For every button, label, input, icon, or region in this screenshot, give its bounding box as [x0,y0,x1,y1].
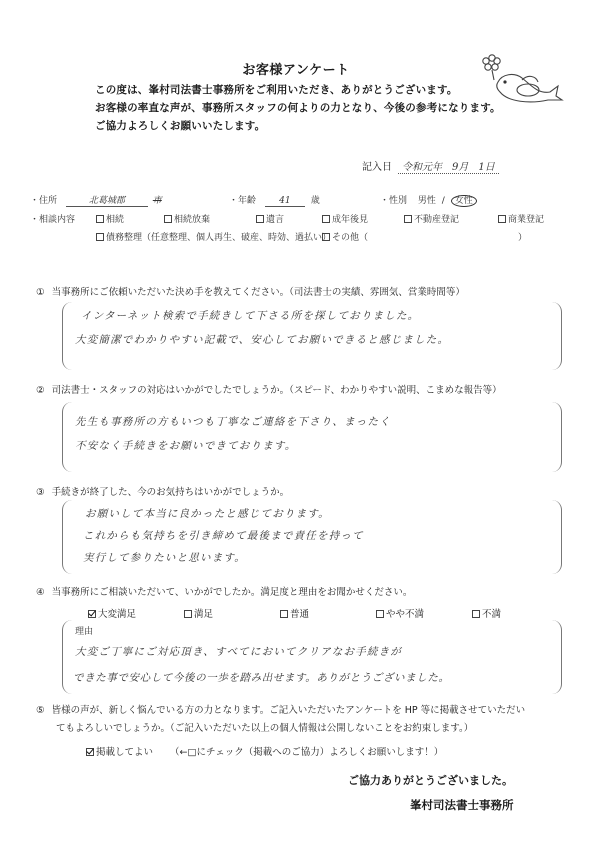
office-name: 峯村司法書士事務所 [410,797,514,813]
answer-line: できた事で安心して今後の一歩を踏み出せます。ありがとうございました。 [73,670,450,685]
satisfaction-somewhat-dissatisfied[interactable]: やや不満 [376,606,472,620]
intro-line-2: お客様の率直な声が、事務所スタッフの何よりの力となり、今後の参考になります。 [95,100,501,115]
satisfaction-very-satisfied[interactable]: 大変満足 [88,606,184,620]
question-4: ④ 当事務所にご相談いただいて、いかがでしたか。満足度と理由をお聞かせください。 [36,584,412,598]
satisfaction-dissatisfied[interactable]: 不満 [472,606,568,620]
address-field-group: ・住所 北葛城郡 市 [30,193,162,207]
gender-separator: / [442,196,445,206]
consultation-option-other[interactable]: その他（） [322,230,527,243]
entry-date-field[interactable]: 令和元年 9月 1日 [398,158,499,174]
entry-date-day: 1日 [478,158,494,173]
age-suffix: 歳 [311,196,320,206]
answer-line: 大変ご丁寧にご対応頂き、すべてにおいてクリアなお手続きが [75,644,402,659]
question-5-line-2: てもよろしいでしょうか。（ご記入いただいた以上の個人情報は公開しないことをお約束… [56,720,473,734]
checkbox-icon[interactable] [472,610,480,618]
consultation-option-renunciation[interactable]: 相続放棄 [164,212,210,225]
checkbox-icon[interactable] [498,215,506,223]
consultation-label: ・相談内容 [30,212,75,225]
question-number: ② [36,385,45,396]
entry-date-month: 9月 [452,158,468,173]
answer-line: これからも気持ちを引き締めて最後まで責任を持って [83,528,364,543]
question-text: 司法書士・スタッフの対応はいかがでしたでしょうか。（スピード、わかりやすい説明、… [52,385,502,396]
answer-line: お願いして本当に良かったと感じております。 [85,506,330,521]
consultation-option-will[interactable]: 遺言 [256,212,284,225]
checkbox-icon[interactable] [404,215,412,223]
question-text: 当事務所にご依頼いただいた決め手を教えてください。（司法書士の実績、雰囲気、営業… [52,287,465,298]
checkbox-icon[interactable] [96,233,104,241]
address-suffix: 市 [153,196,162,206]
age-label: ・年齢 [229,196,256,206]
consultation-option-commercial[interactable]: 商業登記 [498,212,544,225]
answer-box-2[interactable]: 先生も事務所の方もいつも丁寧なご連絡を下さり、まったく 不安なく手続きをお願いで… [62,402,562,472]
checkbox-icon[interactable] [322,233,330,241]
publish-consent: 掲載してよい （←□にチェック（掲載へのご協力）よろしくお願いします！） [86,744,443,758]
answer-line: 実行して参りたいと思います。 [83,550,246,565]
gender-field-group: ・性別 男性 / 女性 [380,193,477,206]
answer-box-1[interactable]: インターネット検索で手続きして下さる所を探しておりました。 大変簡潔でわかりやす… [62,302,562,370]
answer-box-3[interactable]: お願いして本当に良かったと感じております。 これからも気持ちを引き締めて最後まで… [62,500,562,574]
question-number: ⑤ [36,705,45,716]
checkbox-icon[interactable] [96,215,104,223]
thanks-message: ご協力ありがとうございました。 [348,772,513,788]
address-field[interactable]: 北葛城郡 [66,193,148,207]
age-field-group: ・年齢 41 歳 [229,193,320,207]
answer-box-4[interactable]: 理由 大変ご丁寧にご対応頂き、すべてにおいてクリアなお手続きが できた事で安心し… [62,620,562,694]
checkbox-icon[interactable] [280,610,288,618]
checkbox-icon[interactable] [322,215,330,223]
satisfaction-options: 大変満足 満足 普通 やや不満 不満 [88,606,568,620]
answer-line: 不安なく手続きをお願いできております。 [75,438,296,453]
answer-line: 先生も事務所の方もいつも丁寧なご連絡を下さり、まったく [75,414,391,429]
gender-option-female[interactable]: 女性 [451,195,477,207]
answer-line: 大変簡潔でわかりやすい記載で、安心してお願いできると感じました。 [75,332,449,347]
gender-option-male[interactable]: 男性 [418,196,436,206]
intro-line-3: ご協力よろしくお願いいたします。 [95,118,265,133]
question-number: ① [36,287,45,298]
checkbox-icon[interactable] [164,215,172,223]
address-label: ・住所 [30,196,57,206]
question-number: ④ [36,587,45,598]
satisfaction-neutral[interactable]: 普通 [280,606,376,620]
answer-line: インターネット検索で手続きして下さる所を探しておりました。 [81,308,419,323]
checkbox-checked-icon[interactable] [88,610,96,618]
consultation-option-inheritance[interactable]: 相続 [96,212,124,225]
checkbox-checked-icon[interactable] [86,748,94,756]
question-2: ② 司法書士・スタッフの対応はいかがでしたでしょうか。（スピード、わかりやすい説… [36,382,502,396]
gender-label: ・性別 [380,196,407,206]
question-number: ③ [36,487,45,498]
consultation-option-debt[interactable]: 債務整理（任意整理、個人再生、破産、時効、過払い） [96,230,331,243]
question-5: ⑤ 皆様の声が、新しく悩んでいる方の力となります。ご記入いただいたアンケートを … [36,702,525,716]
checkbox-icon[interactable] [256,215,264,223]
entry-date-row: 記入日 令和元年 9月 1日 [362,158,499,174]
checkbox-icon[interactable] [184,610,192,618]
consultation-option-real-estate[interactable]: 不動産登記 [404,212,459,225]
publish-consent-note: （←□にチェック（掲載へのご協力）よろしくお願いします！） [170,747,443,758]
question-text: 当事務所にご相談いただいて、いかがでしたか。満足度と理由をお聞かせください。 [52,587,413,598]
question-1: ① 当事務所にご依頼いただいた決め手を教えてください。（司法書士の実績、雰囲気、… [36,284,465,298]
question-text: 皆様の声が、新しく悩んでいる方の力となります。ご記入いただいたアンケートを HP… [52,705,526,716]
consultation-option-guardianship[interactable]: 成年後見 [322,212,368,225]
question-text: 手続きが終了した、今のお気持ちはいかがでしょうか。 [52,487,290,498]
age-field[interactable]: 41 [265,196,305,207]
bird-with-flower-icon [478,52,568,107]
intro-line-1: この度は、峯村司法書士事務所をご利用いただき、ありがとうございます。 [95,82,458,97]
question-3: ③ 手続きが終了した、今のお気持ちはいかがでしょうか。 [36,484,289,498]
reason-label: 理由 [75,624,93,637]
checkbox-icon[interactable] [376,610,384,618]
entry-date-label: 記入日 [362,158,392,173]
satisfaction-satisfied[interactable]: 満足 [184,606,280,620]
entry-date-era-year: 令和元年 [402,158,442,173]
publish-consent-checkbox[interactable]: 掲載してよい [86,747,153,758]
